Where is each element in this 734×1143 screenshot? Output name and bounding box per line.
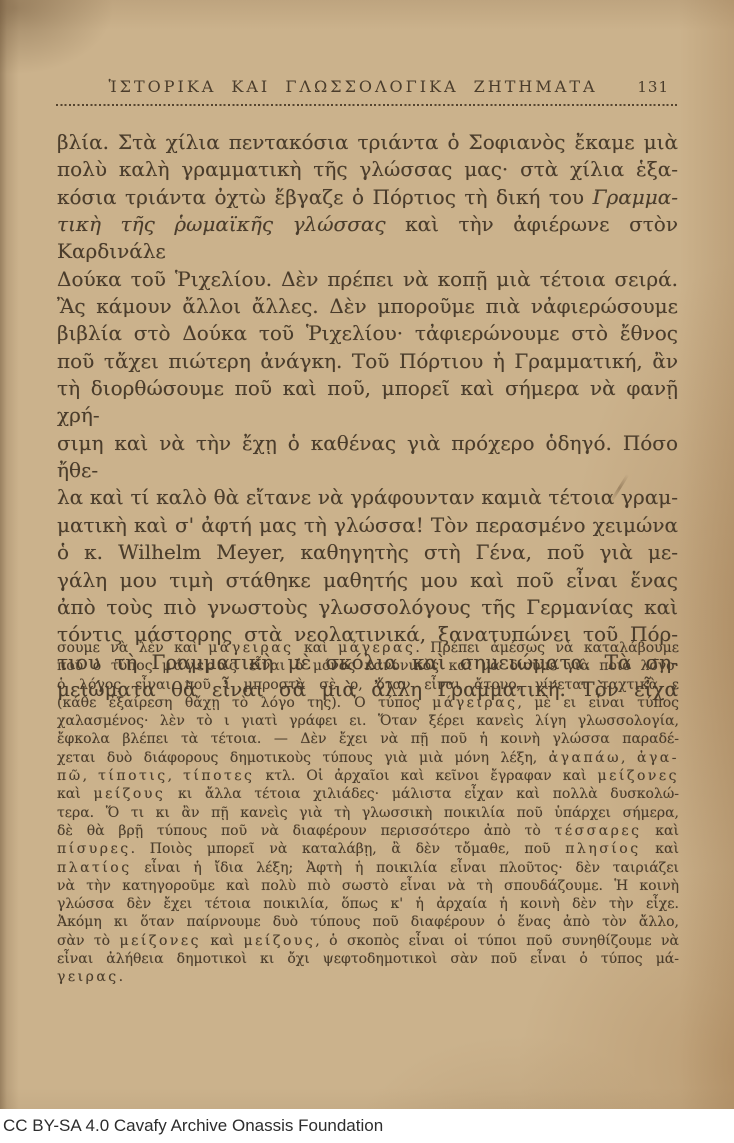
text-line: σιμη καὶ νὰ τὴν ἔχῃ ὁ καθένας γιὰ πρόχερ… xyxy=(57,430,678,485)
text-line: λα καὶ τί καλὸ θὰ εἴτανε νὰ γράφουνταν κ… xyxy=(57,484,678,511)
main-text: βλία. Στὰ χίλια πεντακόσια τριάντα ὁ Σοφ… xyxy=(57,129,678,703)
text-line: ἔφκολα βλέπει τὰ τέτοια. — Δὲν ἔχει νὰ π… xyxy=(57,730,679,748)
text-line: πολὺ καλὴ γραμματικὴ τῆς γλώσσας μας· στ… xyxy=(57,156,678,183)
text-line: χεται δυὸ διάφορους δημοτικοὺς τύπους γι… xyxy=(57,749,679,767)
text-line: καὶ μείζους κι ἄλλα τέτοια χιλιάδες· μάλ… xyxy=(57,785,679,803)
text-line: ποῦ τἄχει πιώτερη ἀνάγκη. Τοῦ Πόρτιου ἡ … xyxy=(57,348,678,375)
text-line: πίσυρες. Ποιὸς μπορεῖ νὰ καταλάβῃ, ἂ δὲν… xyxy=(57,840,679,858)
text-line: ποῦ ὁ τύπος μάγερας εἶναι ὁ μόνος κανονι… xyxy=(57,657,679,675)
footnote-text: σουμε νὰ λὲν καὶ μάγειρας καὶ μάγερας. Π… xyxy=(57,639,679,987)
text-line: Ἂς κάμουν ἄλλοι ἄλλες. Δὲν μποροῦμε πιὰ … xyxy=(57,293,678,320)
text-line: γάλη μου τιμὴ στάθηκε μαθητής μου καὶ πο… xyxy=(57,567,678,594)
text-line: εἶναι ἀλήθεια δημοτικοὶ κι ὄχι ψεφτοδημο… xyxy=(57,950,679,968)
text-line: βλία. Στὰ χίλια πεντακόσια τριάντα ὁ Σοφ… xyxy=(57,129,678,156)
license-text: CC BY-SA 4.0 Cavafy Archive Onassis Foun… xyxy=(3,1116,383,1136)
text-line: σὰν τὸ μείζονες καὶ μείζους, ὁ σκοπὸς εἶ… xyxy=(57,932,679,950)
text-line: δὲ θὰ βρῇ τύπους ποῦ νὰ διαφέρουν περισσ… xyxy=(57,822,679,840)
scanned-page: ἹΣΤΟΡΙΚΑ ΚΑΙ ΓΛΩΣΣΟΛΟΓΙΚΑ ΖΗΤΗΜΑΤΑ 131 β… xyxy=(0,0,734,1143)
text-line: ὁ κ. Wilhelm Meyer, καθηγητὴς στὴ Γένα, … xyxy=(57,539,678,566)
text-line: χαλασμένος· λὲν τὸ ι γιατὶ γράφει ει. Ὅτ… xyxy=(57,712,679,730)
text-line: πλατίος εἶναι ἡ ἴδια λέξη; Ἀφτὴ ἡ ποικιλ… xyxy=(57,859,679,877)
text-line: ματικὴ καὶ σ' ἀφτή μας τὴ γλώσσα! Τὸν πε… xyxy=(57,512,678,539)
page-number: 131 xyxy=(637,78,669,96)
text-line: βιβλία στὸ Δούκα τοῦ Ῥιχελίου· τἀφιερώνο… xyxy=(57,320,678,347)
text-line: (κάθε ἐξαίρεση θἄχῃ τὸ λόγο της). Ὁ τύπο… xyxy=(57,694,679,712)
text-line: Ἀκόμη κι ὅταν παίρνουμε δυὸ τύπους ποῦ δ… xyxy=(57,913,679,931)
license-bar: CC BY-SA 4.0 Cavafy Archive Onassis Foun… xyxy=(0,1109,734,1143)
text-line: τικὴ τῆς ῥωμαϊκῆς γλώσσας καὶ τὴν ἀφιέρω… xyxy=(57,211,678,266)
running-title: ἹΣΤΟΡΙΚΑ ΚΑΙ ΓΛΩΣΣΟΛΟΓΙΚΑ ΖΗΤΗΜΑΤΑ xyxy=(108,77,597,96)
text-line: κόσια τριάντα ὀχτὼ ἔβγαζε ὁ Πόρτιος τὴ δ… xyxy=(57,184,678,211)
text-line: σουμε νὰ λὲν καὶ μάγειρας καὶ μάγερας. Π… xyxy=(57,639,679,657)
text-line: γλώσσα δὲν ἔχει τέτοια ποικιλία, ὅπως κ'… xyxy=(57,895,679,913)
text-line: γειρας. xyxy=(57,968,679,986)
text-line: Δούκα τοῦ Ῥιχελίου. Δὲν πρέπει νὰ κοπῇ μ… xyxy=(57,266,678,293)
text-line: τὴ διορθώσουμε ποῦ καὶ ποῦ, μπορεῖ καὶ σ… xyxy=(57,375,678,430)
header-rule xyxy=(56,104,677,106)
text-line: νὰ τὴν κατηγοροῦμε καὶ πολὺ πιὸ σωστὸ εἶ… xyxy=(57,877,679,895)
page-header: ἹΣΤΟΡΙΚΑ ΚΑΙ ΓΛΩΣΣΟΛΟΓΙΚΑ ΖΗΤΗΜΑΤΑ 131 xyxy=(57,77,677,96)
text-line: τερα. Ὅ τι κι ἂν πῇ κανεὶς γιὰ τὴ γλωσσι… xyxy=(57,804,679,822)
text-line: ὁ λόγος εἶναι ποῦ ι μπροστὰ σὲ ρ, ὅταν ε… xyxy=(57,676,679,694)
text-line: ἀπὸ τοὺς πιὸ γνωστοὺς γλωσσολόγους τῆς Γ… xyxy=(57,594,678,621)
text-line: πῶ, τίποτις, τίποτες κτλ. Οἱ ἀρχαῖοι καὶ… xyxy=(57,767,679,785)
